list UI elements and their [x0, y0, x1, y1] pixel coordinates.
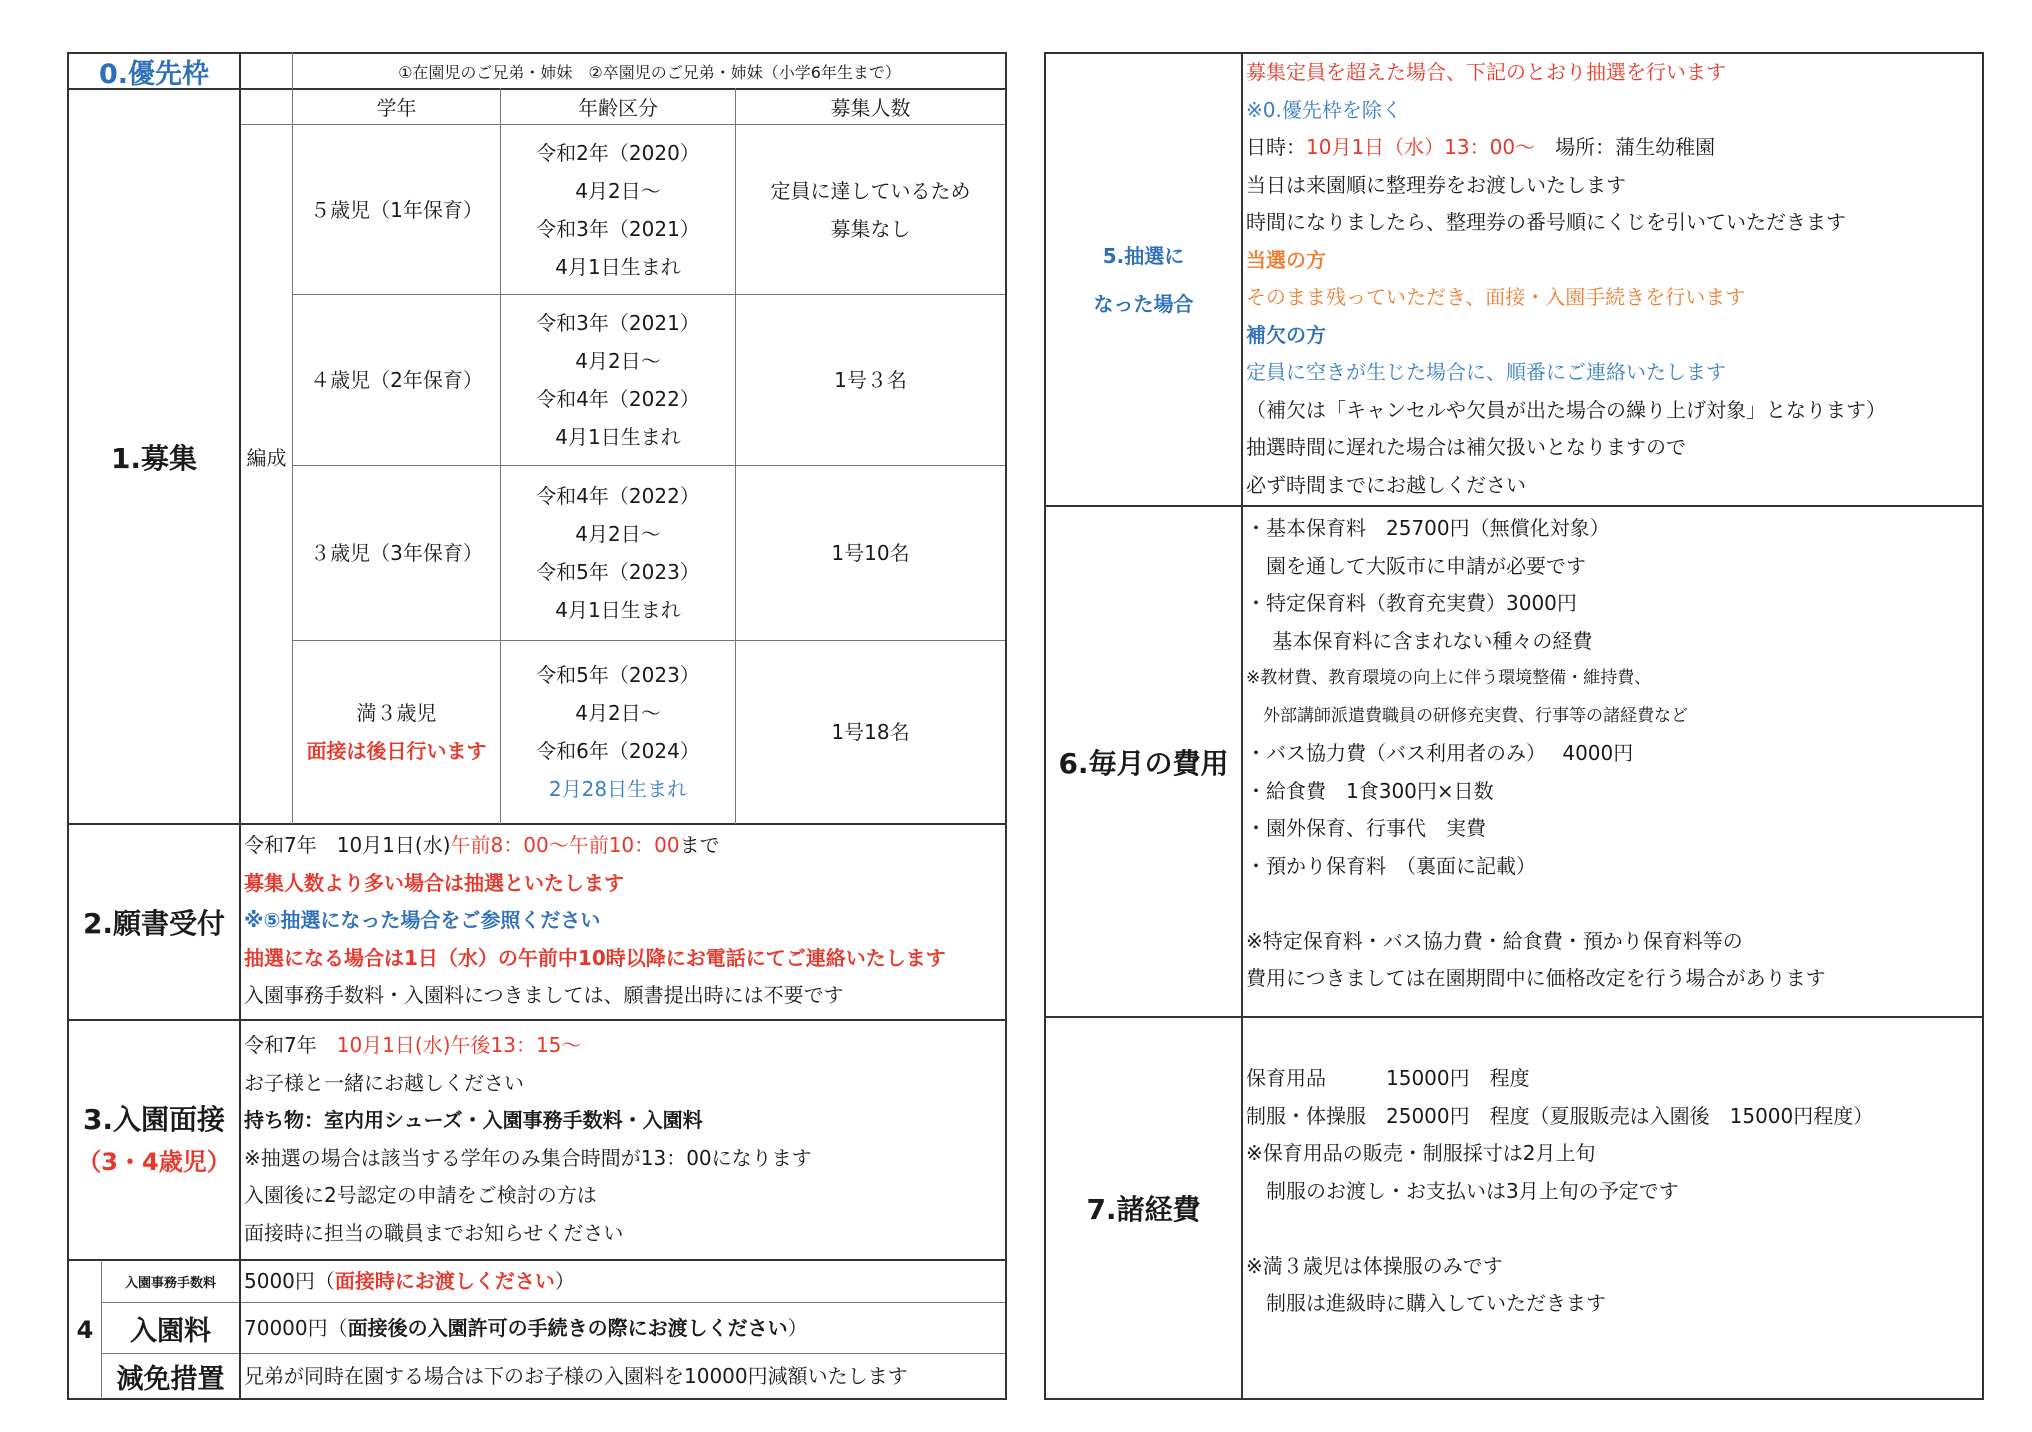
age-line: 4月2日～: [575, 342, 660, 380]
place-text: 場所：蒲生幼稚園: [1535, 135, 1715, 159]
monthly-line: [1246, 885, 1980, 923]
grade-label: ４歳児（2年保育）: [310, 361, 483, 399]
misc-line: 制服・体操服 25000円 程度（夏服販売は入園後 15000円程度）: [1246, 1098, 1980, 1136]
priority-title: 0.優先枠: [69, 54, 239, 88]
grade-note: 面接は後日行います: [307, 732, 487, 770]
monthly-line: 費用につきましては在園期間中に価格改定を行う場合があります: [1246, 960, 1980, 998]
recruit-count: 1号18名: [736, 641, 1005, 823]
fee-label: 入園事務手数料: [102, 1261, 239, 1302]
age-line: 4月2日～: [575, 694, 660, 732]
fee-label: 入園料: [102, 1303, 239, 1353]
misc-line: ※満３歳児は体操服のみです: [1246, 1248, 1980, 1286]
grade-label: 満３歳児: [357, 694, 437, 732]
interview-items: 持ち物：室内用シューズ・入園事務手数料・入園料: [244, 1102, 1004, 1140]
waitlist-heading: 補欠の方: [1246, 317, 1980, 355]
divider: [67, 1398, 1007, 1400]
lottery-line: 抽選時間に遅れた場合は補欠扱いとなりますので: [1246, 429, 1980, 467]
fee-close: ）: [555, 1269, 575, 1293]
age-line: 4月1日生まれ: [555, 591, 680, 629]
misc-line: 制服のお渡し・お支払いは3月上旬の予定です: [1246, 1173, 1980, 1211]
header-grade: 学年: [293, 89, 500, 124]
table-row-grade: ３歳児（3年保育）: [293, 466, 500, 640]
monthly-line: ・園外保育、行事代 実費: [1246, 810, 1980, 848]
age-line: 4月1日生まれ: [555, 418, 680, 456]
interview-line: お子様と一緒にお越しください: [244, 1065, 1004, 1103]
application-note: 募集人数より多い場合は抽選といたします: [244, 865, 1004, 903]
count-line: 1号３名: [834, 361, 907, 399]
grade-label: ５歳児（1年保育）: [310, 191, 483, 229]
misc-line: [1246, 1210, 1980, 1248]
fee-amount: 5000円（: [244, 1269, 335, 1293]
fee-amount: 兄弟が同時在園する場合は下のお子様の入園料を10000円減額いたします: [244, 1364, 908, 1388]
fee-note: 面接時にお渡しください: [335, 1269, 555, 1293]
lottery-title-cell: 5.抽選に なった場合: [1046, 54, 1241, 505]
lottery-body: 募集定員を超えた場合、下記のとおり抽選を行います ※0.優先枠を除く 日時：10…: [1246, 54, 1980, 505]
group-label: 編成: [241, 90, 292, 823]
application-date: 令和7年 10月1日(水)午前8：00～午前10：00まで: [244, 827, 1004, 865]
priority-text: ①在園児のご兄弟・姉妹 ②卒園児のご兄弟・姉妹（小学6年生まで）: [294, 54, 1005, 88]
age-line: 令和4年（2022）: [536, 477, 700, 515]
divider: [1982, 52, 1984, 1400]
divider: [1044, 1398, 1984, 1400]
age-range: 令和5年（2023） 4月2日～ 令和6年（2024） 2月28日生まれ: [501, 641, 735, 823]
lottery-line: （補欠は「キャンセルや欠員が出た場合の繰り上げ対象」となります）: [1246, 392, 1980, 430]
fee-value: 70000円（面接後の入園許可の手続きの際にお渡しください）: [244, 1303, 1004, 1353]
age-line: 4月1日生まれ: [555, 248, 680, 286]
lottery-line: 時間になりましたら、整理券の番号順にくじを引いていただきます: [1246, 204, 1980, 242]
time-text: 午前8：00～午前10：00: [451, 833, 680, 857]
divider: [1005, 52, 1007, 1400]
monthly-line: ※教材費、教育環境の向上に伴う環境整備・維持費、: [1246, 660, 1980, 698]
date-text: 令和7年: [244, 1033, 337, 1057]
interview-subtitle: （3・4歳児）: [77, 1142, 230, 1182]
age-line: 令和6年（2024）: [536, 732, 700, 770]
misc-line: 保育用品 15000円 程度: [1246, 1060, 1980, 1098]
misc-line: 制服は進級時に購入していただきます: [1246, 1285, 1980, 1323]
recruit-title: 1.募集: [69, 90, 239, 823]
interview-body: 令和7年 10月1日(水)午後13：15～ お子様と一緒にお越しください 持ち物…: [244, 1027, 1004, 1259]
divider: [1241, 52, 1243, 1400]
recruit-count: 1号10名: [736, 466, 1005, 640]
count-line: 募集なし: [831, 210, 911, 248]
monthly-line: 園を通して大阪市に申請が必要です: [1246, 548, 1980, 586]
misc-line: ※保育用品の販売・制服採寸は2月上旬: [1246, 1135, 1980, 1173]
monthly-body: ・基本保育料 25700円（無償化対象） 園を通して大阪市に申請が必要です ・特…: [1246, 510, 1980, 1010]
interview-line: ※抽選の場合は該当する学年のみ集合時間が13：00になります: [244, 1140, 1004, 1178]
misc-body: 保育用品 15000円 程度 制服・体操服 25000円 程度（夏服販売は入園後…: [1246, 1060, 1980, 1380]
fee-value: 5000円（面接時にお渡しください）: [244, 1261, 1004, 1302]
age-line: 令和2年（2020）: [536, 134, 700, 172]
recruit-count: 1号３名: [736, 295, 1005, 465]
interview-title: 3.入園面接: [83, 1098, 225, 1142]
fees-number: 4: [69, 1261, 101, 1398]
lottery-line: 定員に空きが生じた場合に、順番にご連絡いたします: [1246, 354, 1980, 392]
monthly-line: 基本保育料に含まれない種々の経費: [1246, 623, 1980, 661]
lottery-line: 募集定員を超えた場合、下記のとおり抽選を行います: [1246, 54, 1980, 92]
application-fee-note: 入園事務手数料・入園料につきましては、願書提出時には不要です: [244, 977, 1004, 1015]
interview-date: 令和7年 10月1日(水)午後13：15～: [244, 1027, 1004, 1065]
application-body: 令和7年 10月1日(水)午前8：00～午前10：00まで 募集人数より多い場合…: [244, 827, 1004, 1019]
lottery-title: 5.抽選に: [1103, 232, 1185, 280]
interview-line: 面接時に担当の職員までお知らせください: [244, 1215, 1004, 1253]
age-line: 令和4年（2022）: [536, 380, 700, 418]
monthly-line: ※特定保育料・バス協力費・給食費・預かり保育料等の: [1246, 923, 1980, 961]
age-range: 令和3年（2021） 4月2日～ 令和4年（2022） 4月1日生まれ: [501, 295, 735, 465]
monthly-line: ・預かり保育料 （裏面に記載）: [1246, 848, 1980, 886]
age-line: 2月28日生まれ: [549, 770, 687, 808]
age-line: 4月2日～: [575, 172, 660, 210]
monthly-line: ・バス協力費（バス利用者のみ） 4000円: [1246, 735, 1980, 773]
date-text: 令和7年 10月1日(水): [244, 833, 451, 857]
monthly-line: ・給食費 1食300円×日数: [1246, 773, 1980, 811]
header-count: 募集人数: [736, 89, 1005, 124]
lottery-datetime: 日時：10月1日（水）13：00～ 場所：蒲生幼稚園: [1246, 129, 1980, 167]
lottery-line: 当日は来園順に整理券をお渡しいたします: [1246, 167, 1980, 205]
table-row-grade: ５歳児（1年保育）: [293, 125, 500, 294]
fee-value: 兄弟が同時在園する場合は下のお子様の入園料を10000円減額いたします: [244, 1354, 1004, 1398]
age-line: 4月2日～: [575, 515, 660, 553]
fee-label: 減免措置: [102, 1354, 239, 1398]
count-line: 1号18名: [831, 713, 909, 751]
monthly-line: ・基本保育料 25700円（無償化対象）: [1246, 510, 1980, 548]
time-text: 10月1日(水)午後13：15～: [337, 1033, 582, 1057]
lottery-line: 必ず時間までにお越しください: [1246, 467, 1980, 505]
fee-amount: 70000円（: [244, 1316, 348, 1340]
age-line: 令和3年（2021）: [536, 304, 700, 342]
age-line: 令和3年（2021）: [536, 210, 700, 248]
age-line: 令和5年（2023）: [536, 553, 700, 591]
age-range: 令和2年（2020） 4月2日～ 令和3年（2021） 4月1日生まれ: [501, 125, 735, 294]
date-label: 日時：: [1246, 135, 1306, 159]
monthly-title: 6.毎月の費用: [1046, 507, 1241, 1016]
application-title: 2.願書受付: [69, 825, 239, 1019]
grade-label: ３歳児（3年保育）: [310, 534, 483, 572]
lottery-title: なった場合: [1094, 280, 1194, 328]
fee-note: 面接後の入園許可の手続きの際にお渡しください: [348, 1316, 788, 1340]
monthly-line: ・特定保育料（教育充実費）3000円: [1246, 585, 1980, 623]
suffix-text: まで: [680, 833, 720, 857]
header-age: 年齢区分: [501, 89, 735, 124]
winner-heading: 当選の方: [1246, 242, 1980, 280]
misc-title: 7.諸経費: [1046, 1018, 1241, 1398]
table-row-grade: ４歳児（2年保育）: [293, 295, 500, 465]
interview-line: 入園後に2号認定の申請をご検討の方は: [244, 1177, 1004, 1215]
count-line: 定員に達しているため: [771, 172, 971, 210]
recruit-count: 定員に達しているため 募集なし: [736, 125, 1005, 294]
fee-close: ）: [788, 1316, 808, 1340]
count-line: 1号10名: [831, 534, 909, 572]
interview-title-cell: 3.入園面接 （3・4歳児）: [69, 1021, 239, 1259]
age-range: 令和4年（2022） 4月2日～ 令和5年（2023） 4月1日生まれ: [501, 466, 735, 640]
lottery-line: ※0.優先枠を除く: [1246, 92, 1980, 130]
table-row-grade: 満３歳児 面接は後日行います: [293, 641, 500, 823]
application-contact: 抽選になる場合は1日（水）の午前中10時以降にお電話にてご連絡いたします: [244, 940, 1004, 978]
date-value: 10月1日（水）13：00～: [1306, 135, 1535, 159]
age-line: 令和5年（2023）: [536, 656, 700, 694]
monthly-line: 外部講師派遣費職員の研修充実費、行事等の諸経費など: [1246, 698, 1980, 736]
lottery-line: そのまま残っていただき、面接・入園手続きを行います: [1246, 279, 1980, 317]
application-ref: ※⑤抽選になった場合をご参照ください: [244, 902, 1004, 940]
